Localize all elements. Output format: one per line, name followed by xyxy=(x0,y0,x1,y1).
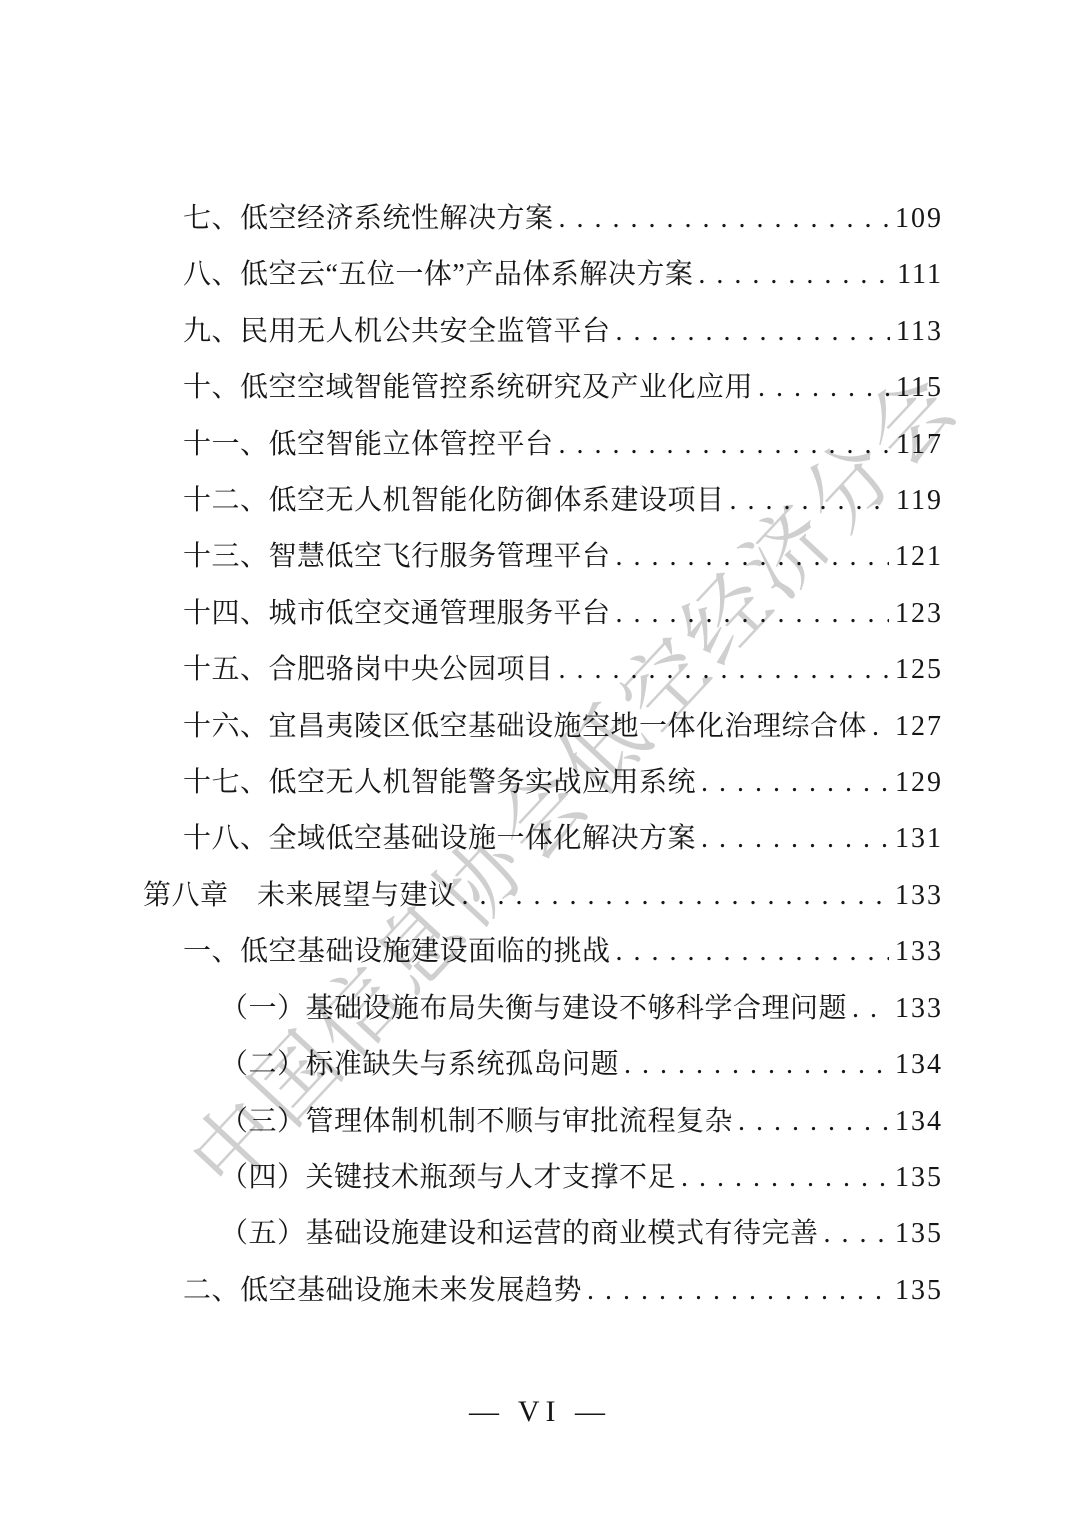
toc-entry-page: 119 xyxy=(896,473,943,529)
toc-entry-title: 一、低空基础设施建设面临的挑战 xyxy=(183,924,611,980)
toc-entry-page: 127 xyxy=(895,699,943,755)
toc-entry-title: 十五、合肥骆岗中央公园项目 xyxy=(183,642,554,698)
toc-entry: 十五、合肥骆岗中央公园项目 125 xyxy=(0,642,1080,698)
toc-entry-page: 123 xyxy=(895,586,943,642)
dot-leader xyxy=(696,811,889,867)
dot-leader xyxy=(696,755,889,811)
toc-entry-title: （一）基础设施布局失衡与建设不够科学合理问题 xyxy=(220,981,847,1037)
toc-entry-title: （四）关键技术瓶颈与人才支撑不足 xyxy=(220,1150,676,1206)
dot-leader xyxy=(676,1150,889,1206)
toc-entry-page: 134 xyxy=(895,1037,943,1093)
toc-entry-page: 115 xyxy=(896,360,943,416)
toc-entry-page: 113 xyxy=(896,304,943,360)
toc-entry-page: 133 xyxy=(895,981,943,1037)
dot-leader xyxy=(693,247,891,303)
dot-leader xyxy=(819,1206,889,1262)
toc-entry: 十一、低空智能立体管控平台 117 xyxy=(0,417,1080,473)
toc-entry-title: 九、民用无人机公共安全监管平台 xyxy=(183,304,611,360)
toc-entry-page: 131 xyxy=(895,811,943,867)
dot-leader xyxy=(753,360,890,416)
toc-entry-title: 十七、低空无人机智能警务实战应用系统 xyxy=(183,755,696,811)
toc-entry-page: 133 xyxy=(895,924,943,980)
document-page: 中国信息协会低空经济分会 七、低空经济系统性解决方案 109 八、低空云“五位一… xyxy=(0,0,1080,1528)
toc-entry-chapter: 第八章 未来展望与建议 133 xyxy=(0,868,1080,924)
dot-leader xyxy=(847,981,889,1037)
toc-entry-title: （三）管理体制机制不顺与审批流程复杂 xyxy=(220,1094,733,1150)
page-number: — VI — xyxy=(469,1395,611,1428)
toc-entry: 十八、全域低空基础设施一体化解决方案 131 xyxy=(0,811,1080,867)
toc-entry-title: 十、低空空域智能管控系统研究及产业化应用 xyxy=(183,360,753,416)
dot-leader xyxy=(867,699,889,755)
toc-entry-title: 十六、宜昌夷陵区低空基础设施空地一体化治理综合体 xyxy=(183,699,867,755)
toc-entry-title: 十八、全域低空基础设施一体化解决方案 xyxy=(183,811,696,867)
dot-leader xyxy=(457,868,889,924)
toc-entry-title: （二）标准缺失与系统孤岛问题 xyxy=(220,1037,619,1093)
toc-entry: 十二、低空无人机智能化防御体系建设项目 119 xyxy=(0,473,1080,529)
dot-leader xyxy=(619,1037,889,1093)
page-footer: — VI — xyxy=(0,1395,1080,1429)
toc-entry-page: 125 xyxy=(895,642,943,698)
dot-leader xyxy=(611,529,889,585)
toc-entry-page: 135 xyxy=(895,1263,943,1319)
toc-entry-title: 七、低空经济系统性解决方案 xyxy=(183,191,554,247)
dot-leader xyxy=(554,642,889,698)
toc-entry-title: 十四、城市低空交通管理服务平台 xyxy=(183,586,611,642)
toc-entry: （四）关键技术瓶颈与人才支撑不足 135 xyxy=(0,1150,1080,1206)
toc-entry-title: 二、低空基础设施未来发展趋势 xyxy=(183,1263,582,1319)
toc-entry-page: 135 xyxy=(895,1150,943,1206)
toc-entry-page: 109 xyxy=(895,191,943,247)
dot-leader xyxy=(582,1263,889,1319)
toc-entry: 十三、智慧低空飞行服务管理平台 121 xyxy=(0,529,1080,585)
dot-leader xyxy=(554,191,889,247)
toc-entry: 十、低空空域智能管控系统研究及产业化应用 115 xyxy=(0,360,1080,416)
toc-entry-page: 133 xyxy=(895,868,943,924)
toc-entry: 九、民用无人机公共安全监管平台 113 xyxy=(0,304,1080,360)
toc-entry-page: 134 xyxy=(895,1094,943,1150)
toc-entry-title: 十三、智慧低空飞行服务管理平台 xyxy=(183,529,611,585)
toc-entry-title: （五）基础设施建设和运营的商业模式有待完善 xyxy=(220,1206,819,1262)
toc-entry-title: 八、低空云“五位一体”产品体系解决方案 xyxy=(183,247,693,303)
toc-entry-title: 十一、低空智能立体管控平台 xyxy=(183,417,554,473)
toc-entry: 八、低空云“五位一体”产品体系解决方案 111 xyxy=(0,247,1080,303)
toc-entry-page: 129 xyxy=(895,755,943,811)
toc-entry-title: 第八章 未来展望与建议 xyxy=(143,868,457,924)
dot-leader xyxy=(733,1094,889,1150)
toc-entry: （二）标准缺失与系统孤岛问题 134 xyxy=(0,1037,1080,1093)
toc-entry-page: 111 xyxy=(897,247,943,303)
table-of-contents: 七、低空经济系统性解决方案 109 八、低空云“五位一体”产品体系解决方案 11… xyxy=(0,191,1080,1319)
toc-entry: 十七、低空无人机智能警务实战应用系统 129 xyxy=(0,755,1080,811)
toc-entry-title: 十二、低空无人机智能化防御体系建设项目 xyxy=(183,473,725,529)
toc-entry: （一）基础设施布局失衡与建设不够科学合理问题 133 xyxy=(0,981,1080,1037)
toc-entry: 十六、宜昌夷陵区低空基础设施空地一体化治理综合体 127 xyxy=(0,699,1080,755)
toc-entry: 七、低空经济系统性解决方案 109 xyxy=(0,191,1080,247)
toc-entry: 十四、城市低空交通管理服务平台 123 xyxy=(0,586,1080,642)
toc-entry-page: 135 xyxy=(895,1206,943,1262)
dot-leader xyxy=(611,924,889,980)
toc-entry: （三）管理体制机制不顺与审批流程复杂 134 xyxy=(0,1094,1080,1150)
dot-leader xyxy=(611,304,891,360)
toc-entry: （五）基础设施建设和运营的商业模式有待完善 135 xyxy=(0,1206,1080,1262)
dot-leader xyxy=(554,417,891,473)
toc-entry: 一、低空基础设施建设面临的挑战 133 xyxy=(0,924,1080,980)
dot-leader xyxy=(725,473,891,529)
toc-entry-page: 121 xyxy=(895,529,943,585)
toc-entry-page: 117 xyxy=(896,417,943,473)
toc-entry: 二、低空基础设施未来发展趋势 135 xyxy=(0,1263,1080,1319)
dot-leader xyxy=(611,586,889,642)
